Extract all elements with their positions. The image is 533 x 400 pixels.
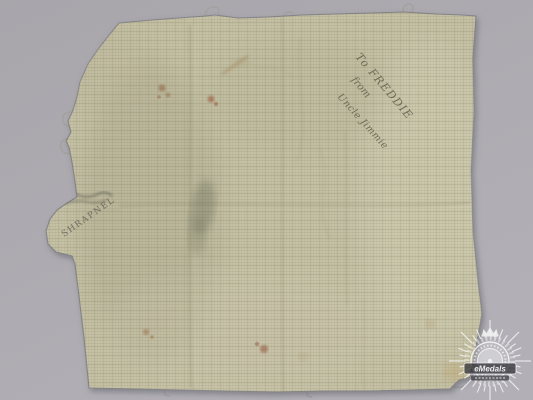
- stain: [143, 329, 149, 335]
- stain: [255, 342, 259, 346]
- watermark-brand-text: eMedals: [474, 365, 506, 374]
- stain: [214, 102, 218, 106]
- stain: [232, 59, 248, 67]
- stain: [260, 345, 268, 353]
- stain: [150, 335, 154, 339]
- stain: [158, 84, 165, 91]
- watermark-center-dot: [488, 359, 492, 363]
- photo-stage: To FREDDIE from Uncle Jimmie SHRAPNEL: [0, 0, 533, 400]
- stain: [425, 319, 435, 329]
- stain: [299, 353, 308, 362]
- stain: [157, 95, 161, 99]
- stain: [208, 96, 215, 103]
- cloth-photo: To FREDDIE from Uncle Jimmie SHRAPNEL: [0, 0, 533, 400]
- watermark-crown-base: [482, 335, 499, 337]
- watermark-subbanner: [471, 376, 509, 381]
- stain: [188, 218, 206, 254]
- stain: [166, 93, 171, 98]
- cloth-surface: To FREDDIE from Uncle Jimmie SHRAPNEL: [40, 0, 500, 400]
- watermark-banner: eMedals: [464, 363, 516, 374]
